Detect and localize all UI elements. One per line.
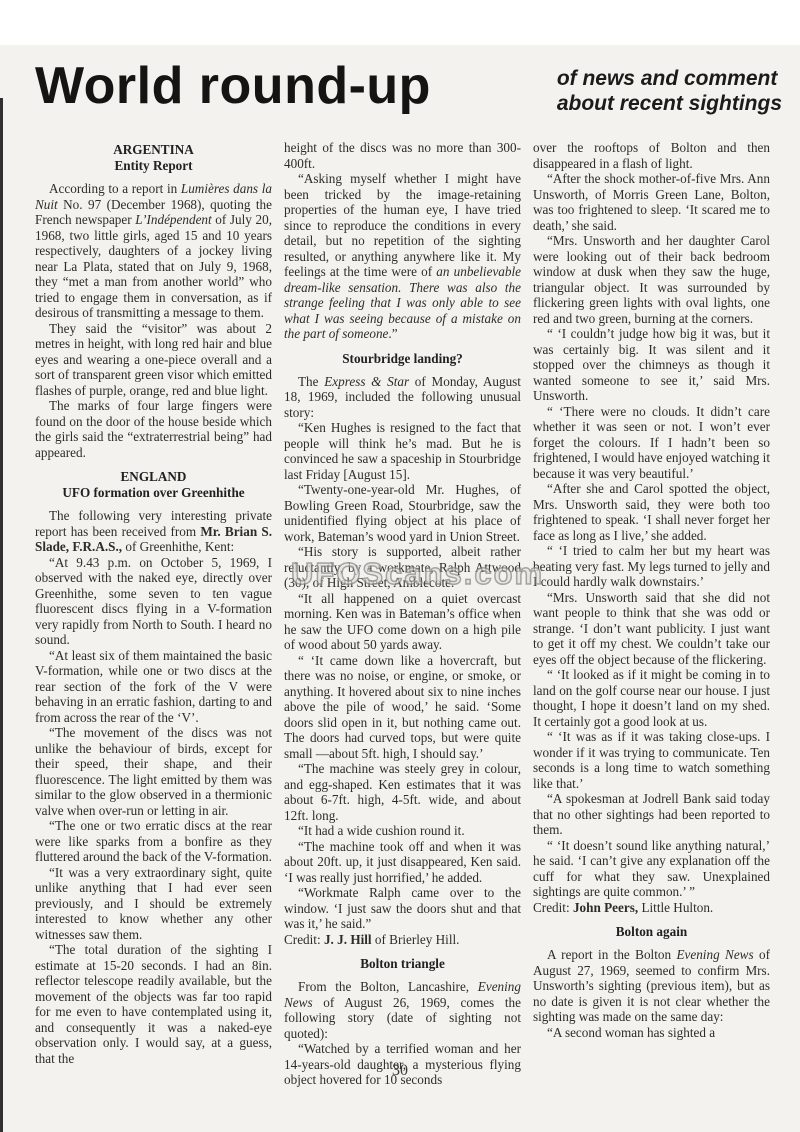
section-heading: ARGENTINAEntity Report: [35, 142, 272, 174]
paragraph: According to a report in Lumières dans l…: [35, 181, 272, 321]
page-title: World round-up: [35, 58, 431, 114]
section-heading-line: Stourbridge landing?: [284, 351, 521, 367]
paragraph: “ ‘It was as if it was taking close-ups.…: [533, 729, 770, 791]
section-heading-line: ARGENTINA: [35, 142, 272, 158]
credit-line: Credit: J. J. Hill of Brierley Hill.: [284, 932, 521, 948]
paragraph: “ ‘I tried to calm her but my heart was …: [533, 543, 770, 590]
paragraph: “It was a very extraordinary sight, quit…: [35, 865, 272, 943]
column-3: over the rooftops of Bolton and then dis…: [533, 140, 770, 1088]
subtitle-line-2: about recent sightings: [557, 91, 782, 116]
section-heading: Stourbridge landing?: [284, 351, 521, 367]
section-heading: ENGLANDUFO formation over Greenhithe: [35, 469, 272, 501]
paragraph: A report in the Bolton Evening News of A…: [533, 947, 770, 1025]
paragraph: “Twenty-one-year-old Mr. Hughes, of Bowl…: [284, 482, 521, 544]
paragraph: “ ‘It doesn’t sound like anything natura…: [533, 838, 770, 900]
page-number: 30: [0, 1062, 800, 1080]
paragraph: “The one or two erratic discs at the rea…: [35, 818, 272, 865]
masthead: World round-up of news and comment about…: [35, 58, 782, 116]
paragraph: “After she and Carol spotted the object,…: [533, 481, 770, 543]
paragraph: The Express & Star of Monday, August 18,…: [284, 374, 521, 421]
column-2: height of the discs was no more than 300…: [284, 140, 521, 1088]
paragraph: “After the shock mother-of-five Mrs. Ann…: [533, 171, 770, 233]
paragraph: “At least six of them maintained the bas…: [35, 648, 272, 726]
paragraph: “Mrs. Unsworth said that she did not wan…: [533, 590, 770, 668]
scan-edge-artifact: [0, 98, 3, 1132]
paragraph: “The machine was steely grey in colour, …: [284, 761, 521, 823]
paragraph: “ ‘There were no clouds. It didn’t care …: [533, 404, 770, 482]
paragraph: “ ‘It came down like a hovercraft, but t…: [284, 653, 521, 762]
paragraph: “At 9.43 p.m. on October 5, 1969, I obse…: [35, 555, 272, 648]
paragraph: “A spokesman at Jodrell Bank said today …: [533, 791, 770, 838]
section-heading-line: Bolton triangle: [284, 956, 521, 972]
section-heading: Bolton triangle: [284, 956, 521, 972]
paragraph: “ ‘I couldn’t judge how big it was, but …: [533, 326, 770, 404]
paragraph: “It all happened on a quiet overcast mor…: [284, 591, 521, 653]
section-heading-line: Entity Report: [35, 158, 272, 174]
section-heading-line: UFO formation over Greenhithe: [35, 485, 272, 501]
paragraph: “Mrs. Unsworth and her daughter Carol we…: [533, 233, 770, 326]
paragraph: The following very interesting private r…: [35, 508, 272, 555]
section-heading: Bolton again: [533, 924, 770, 940]
subtitle-line-1: of news and comment: [557, 66, 782, 91]
paragraph: They said the “visitor” was about 2 metr…: [35, 321, 272, 399]
paragraph: “The total duration of the sighting I es…: [35, 942, 272, 1066]
credit-line: Credit: John Peers, Little Hulton.: [533, 900, 770, 916]
paragraph: “ ‘It looked as if it might be coming in…: [533, 667, 770, 729]
paragraph: over the rooftops of Bolton and then dis…: [533, 140, 770, 171]
article-columns: ARGENTINAEntity ReportAccording to a rep…: [35, 140, 770, 1088]
section-heading-line: ENGLAND: [35, 469, 272, 485]
paragraph: “The movement of the discs was not unlik…: [35, 725, 272, 818]
paragraph: height of the discs was no more than 300…: [284, 140, 521, 171]
paragraph: “It had a wide cushion round it.: [284, 823, 521, 839]
page-subtitle: of news and comment about recent sightin…: [557, 66, 782, 116]
paragraph: “Asking myself whether I might have been…: [284, 171, 521, 342]
column-1: ARGENTINAEntity ReportAccording to a rep…: [35, 140, 272, 1088]
paragraph: From the Bolton, Lancashire, Evening New…: [284, 979, 521, 1041]
paragraph: “Workmate Ralph came over to the window.…: [284, 885, 521, 932]
paragraph: “Ken Hughes is resigned to the fact that…: [284, 420, 521, 482]
paragraph: The marks of four large fingers were fou…: [35, 398, 272, 460]
section-heading-line: Bolton again: [533, 924, 770, 940]
paragraph: “A second woman has sighted a: [533, 1025, 770, 1041]
paragraph: “The machine took off and when it was ab…: [284, 839, 521, 886]
watermark: UFOScans.com: [291, 556, 544, 592]
